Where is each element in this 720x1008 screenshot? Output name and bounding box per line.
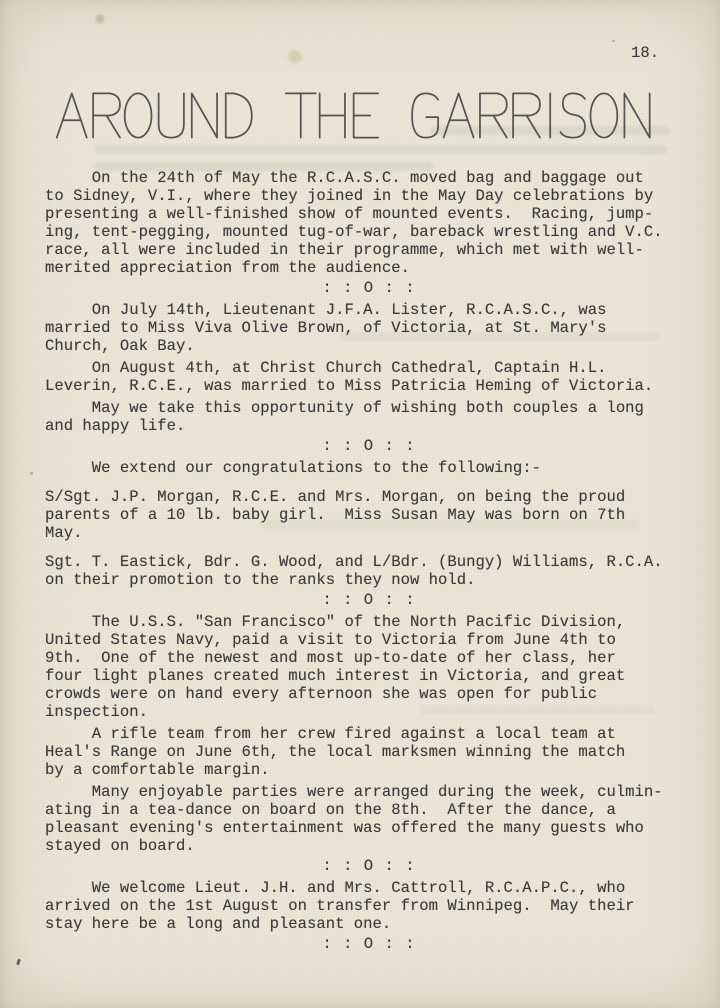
paragraph: A rifle team from her crew fired against…	[45, 725, 693, 779]
paragraph: On the 24th of May the R.C.A.S.C. moved …	[45, 169, 693, 277]
paragraph: We welcome Lieut. J.H. and Mrs. Cattroll…	[45, 879, 693, 933]
paragraph: May we take this opportunity of wishing …	[45, 399, 693, 435]
section-separator: : : O : :	[45, 857, 693, 875]
page-number: 18.	[631, 44, 659, 62]
headline-lettering-graphic	[56, 92, 656, 139]
section-separator: : : O : :	[45, 437, 693, 455]
section-separator: : : O : :	[45, 935, 693, 953]
paragraph: On July 14th, Lieutenant J.F.A. Lister, …	[45, 301, 693, 355]
paper-speck	[30, 472, 33, 475]
paragraph: Sgt. T. Eastick, Bdr. G. Wood, and L/Bdr…	[45, 553, 693, 589]
section-separator: : : O : :	[45, 279, 693, 297]
article-body: On the 24th of May the R.C.A.S.C. moved …	[45, 169, 693, 955]
page-title: AROUND THE GARRISON	[56, 92, 656, 139]
paragraph: We extend our congratulations to the fol…	[45, 459, 693, 477]
scanned-page: 18. AROUND THE GARRISON	[0, 0, 720, 1008]
paragraph: The U.S.S. "San Francisco" of the North …	[45, 613, 693, 721]
section-separator: : : O : :	[45, 591, 693, 609]
paragraph: Many enjoyable parties were arranged dur…	[45, 783, 693, 855]
paper-speck	[16, 959, 21, 966]
paper-speck	[612, 40, 615, 42]
bleed-through-smudge	[95, 145, 667, 154]
paragraph: S/Sgt. J.P. Morgan, R.C.E. and Mrs. Morg…	[45, 488, 693, 542]
paragraph: On August 4th, at Christ Church Cathedra…	[45, 359, 693, 395]
